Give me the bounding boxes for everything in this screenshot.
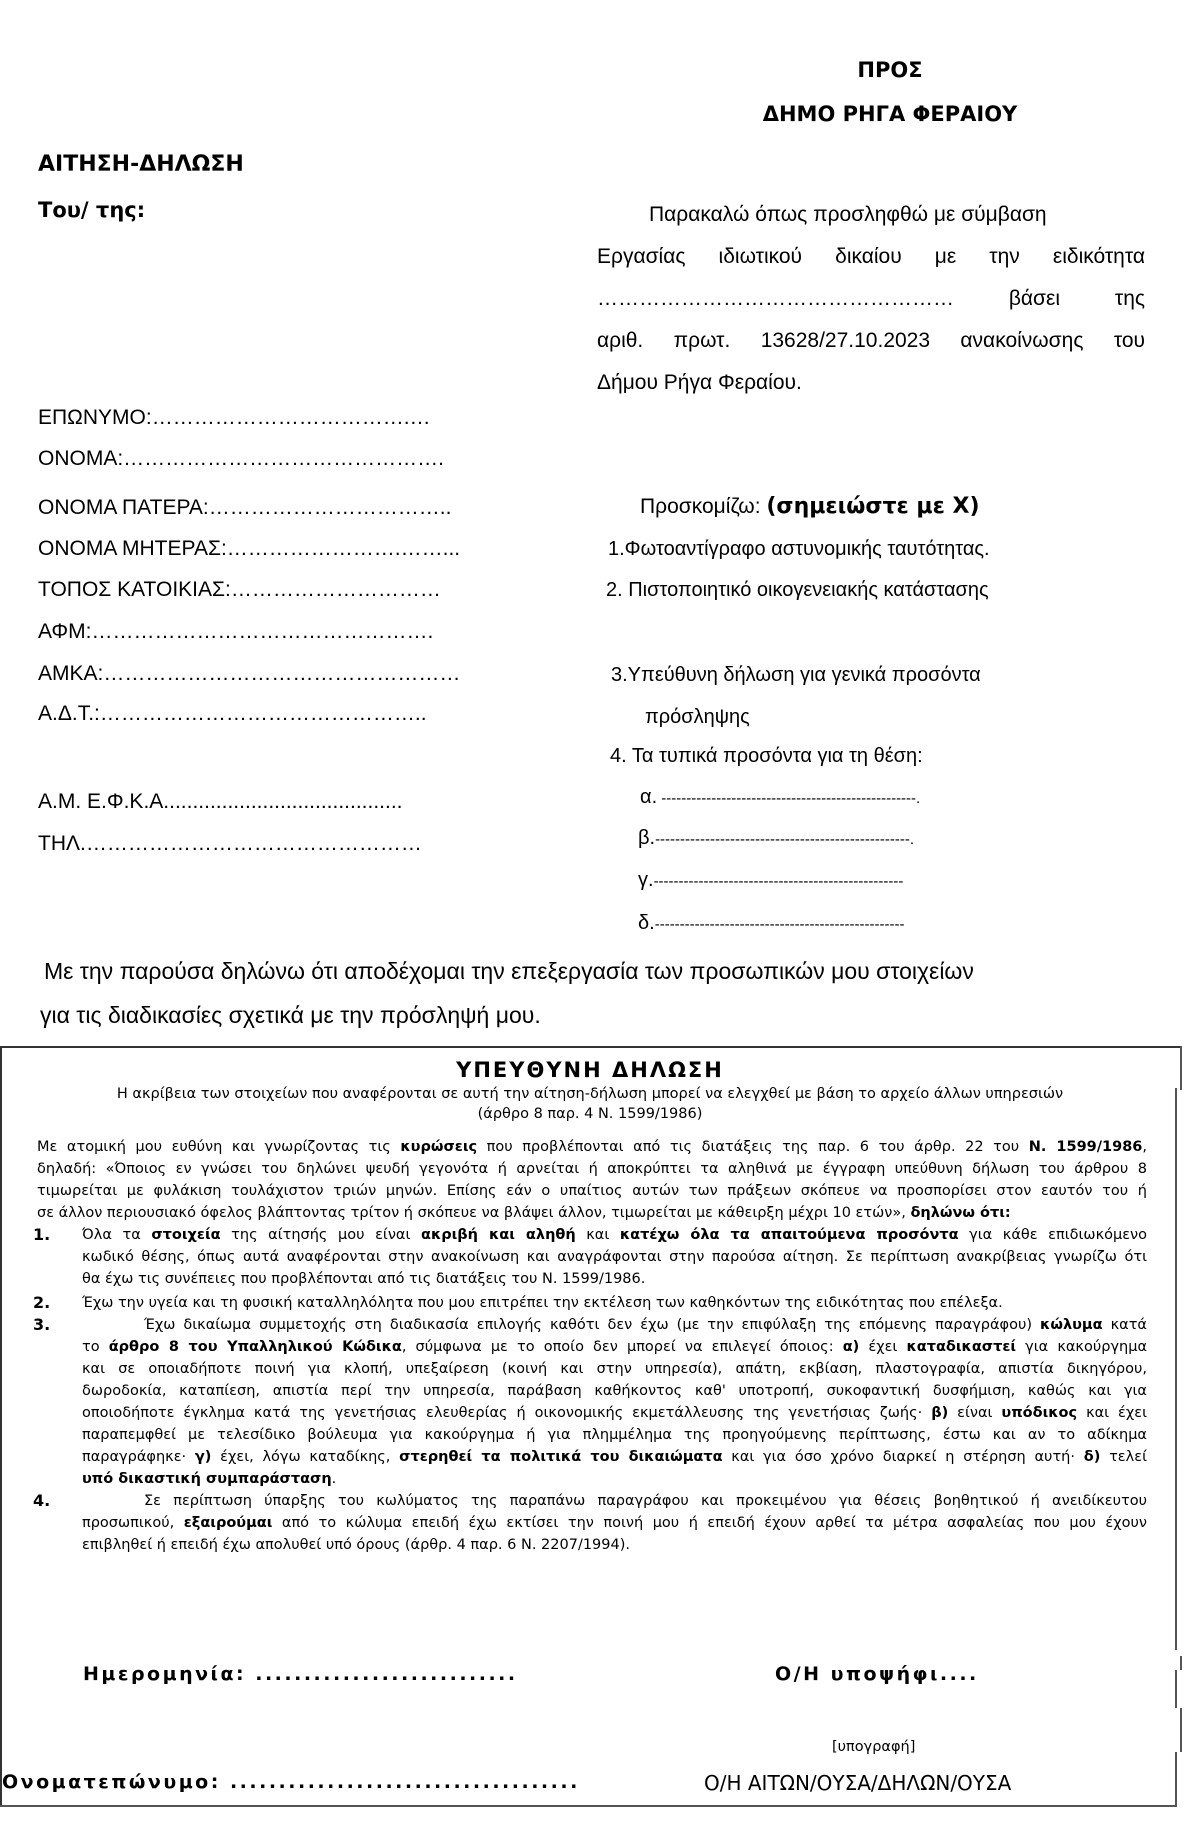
body-text: έχει [859,1339,906,1355]
declaration-line: δηλαδή: «Όποιος εν γνώσει του δηλώνει ψε… [37,1158,1147,1180]
emphasis-text: άρθρο 8 του Υπαλληλικού Κώδικα [109,1339,402,1355]
request-paragraph: Παρακαλώ όπως προσληφθώ με σύμβαση Εργασ… [597,194,1145,404]
field-label: ΑΦΜ: [38,620,91,643]
declaration-body: Με ατομική μου ευθύνη και γνωρίζοντας τι… [37,1136,1147,1556]
body-text: . [332,1471,337,1487]
body-text: δηλαδή: «Όποιος εν γνώσει του δηλώνει ψε… [37,1161,1147,1177]
declaration-line: Όλα τα στοιχεία της αίτησής μου είναι ακ… [82,1224,1147,1246]
request-line: αριθ. πρωτ. 13628/27.10.2023 ανακοίνωσης… [597,320,1145,362]
declaration-item: 2.Έχω την υγεία και τη φυσική καταλληλόλ… [0,1292,1147,1314]
field-value[interactable]: ........................................… [163,790,402,813]
field-label: ΟΝΟΜΑ ΜΗΤΕΡΑΣ: [38,537,227,560]
qualification-item[interactable]: γ.--------------------------------------… [638,869,903,892]
body-text: και [576,1227,620,1243]
attachment-item-3[interactable]: 3.Υπεύθυνη δήλωση για γενικά προσόντα [611,664,981,687]
declaration-line: παραπεμφθεί με τελεσίδικο βούλευμα για κ… [82,1424,1147,1446]
qualification-item[interactable]: β.--------------------------------------… [638,827,914,850]
emphasis-text: δηλώνω ότι: [910,1205,1010,1221]
body-text: δωροδοκία, καταπίεση, απιστία περί την υ… [82,1383,1147,1399]
declaration-line: προσωπικού, εξαιρούμαι από το κώλυμα επε… [82,1512,1147,1534]
qualification-label: δ. [638,912,655,934]
fullname-label: Ονοματεπώνυμο: [2,1771,221,1793]
emphasis-text: κυρώσεις [400,1139,477,1155]
fullname-value[interactable]: .................................... [221,1771,580,1793]
candidate-label: Ο/Η υποψήφι.... [775,1663,979,1685]
form-title: ΑΙΤΗΣΗ-ΔΗΛΩΣΗ [38,152,244,177]
item-number: 2. [33,1292,50,1314]
emphasis-text: καταδικαστεί [906,1339,1016,1355]
body-text: κωδικό θέσης, όπως αυτά αναφέρονται στην… [82,1249,1147,1265]
declaration-law-ref: (άρθρο 8 παρ. 4 Ν. 1599/1986) [0,1106,1180,1122]
field-label: Α.Δ.Τ.: [38,702,100,725]
declaration-item: 4.Σε περίπτωση ύπαρξης του κωλύματος της… [0,1490,1147,1556]
field-value[interactable]: ……………………………………….. [100,702,427,725]
attachment-item-2[interactable]: 2. Πιστοποιητικό οικογενειακής κατάσταση… [606,579,989,602]
body-text: και έχει [1077,1405,1147,1421]
declaration-line: τιμωρείται με φυλάκιση τουλάχιστον τριών… [37,1180,1147,1202]
emphasis-text: β) [931,1405,948,1421]
emphasis-text: Ν. 1599/1986 [1029,1139,1143,1155]
item-number: 3. [33,1314,50,1336]
emphasis-text: α) [843,1339,860,1355]
request-line: Δήμου Ρήγα Φεραίου. [597,362,1145,404]
qualification-item[interactable]: α. -------------------------------------… [640,786,920,809]
body-text: , [1142,1139,1147,1155]
field-value[interactable]: …………………………………………. [91,620,433,643]
body-text: και σε οποιαδήποτε ποινή για κλοπή, υπεξ… [82,1361,1147,1377]
declaration-line: κωδικό θέσης, όπως αυτά αναφέρονται στην… [82,1246,1147,1268]
date-field[interactable]: Ημερομηνία: ........................... [83,1663,518,1685]
body-text: παραπεμφθεί με τελεσίδικο βούλευμα για κ… [82,1427,1147,1443]
emphasis-text: εξαιρούμαι [184,1515,273,1531]
field-label: ΤΗΛ. [38,832,86,855]
field-label: ΑΜΚΑ: [38,662,103,685]
body-text: για κάθε επιδιωκόμενο [959,1227,1147,1243]
emphasis-text: δ) [1084,1449,1101,1465]
field-value[interactable]: ……………………………….… [152,406,431,429]
body-text: Έχω δικαίωμα συμμετοχής στη διαδικασία ε… [144,1317,1040,1333]
body-text: επιβληθεί ή επειδή έχω απολυθεί υπό όρου… [82,1537,630,1553]
body-text: Με ατομική μου ευθύνη και γνωρίζοντας τι… [37,1139,400,1155]
item-number: 1. [33,1224,50,1246]
body-text: της αίτησής μου είναι [221,1227,421,1243]
qualification-value[interactable]: ----------------------------------------… [655,916,905,933]
field-row[interactable]: Α.Μ. Ε.Φ.Κ.Α............................… [38,790,403,814]
declaration-line: δωροδοκία, καταπίεση, απιστία περί την υ… [82,1380,1147,1402]
field-row[interactable]: ΟΝΟΜΑ:………………………………………. [38,447,444,471]
body-text: Έχω την υγεία και τη φυσική καταλληλόλητ… [82,1295,1003,1311]
emphasis-text: στοιχεία [151,1227,220,1243]
declaration-box-border [1180,1708,1182,1752]
request-line: Παρακαλώ όπως προσληφθώ με σύμβαση [597,194,1145,236]
declaration-title: ΥΠΕΥΘΥΝΗ ΔΗΛΩΣΗ [0,1058,1180,1082]
date-value[interactable]: ........................... [246,1663,518,1685]
applicant-role: Ο/Η ΑΙΤΩΝ/ΟΥΣΑ/ΔΗΛΩΝ/ΟΥΣΑ [704,1771,1011,1795]
qualification-label: β. [638,827,655,849]
body-text: τιμωρείται με φυλάκιση τουλάχιστον τριών… [37,1183,1147,1199]
field-row[interactable]: Α.Δ.Τ.:……………………………………….. [38,702,427,726]
item-number: 4. [33,1490,50,1512]
body-text: που προβλέπονται από τις διατάξεις της π… [477,1139,1029,1155]
field-label: ΟΝΟΜΑ: [38,447,123,470]
declaration-line: το άρθρο 8 του Υπαλληλικού Κώδικα, σύμφω… [82,1336,1147,1358]
body-text: κατά [1103,1317,1147,1333]
attachments-intro-label: Προσκομίζω: [640,495,761,518]
body-text: θα έχω τις συνέπειες που προβλέπονται απ… [82,1271,645,1287]
declaration-box-border [1175,1670,1177,1708]
declaration-item: 3.Έχω δικαίωμα συμμετοχής στη διαδικασία… [0,1314,1147,1490]
qualification-value[interactable]: ----------------------------------------… [657,790,920,807]
field-label: ΟΝΟΜΑ ΠΑΤΕΡΑ: [38,496,209,519]
attachment-item-1[interactable]: 1.Φωτοαντίγραφο αστυνομικής ταυτότητας. [608,538,990,561]
applicant-label: Του/ της: [38,198,145,222]
consent-line-2: για τις διαδικασίες σχετικά με την πρόσλ… [40,1002,541,1029]
emphasis-text: ακριβή και αληθή [421,1227,576,1243]
body-text: τελεί [1100,1449,1147,1465]
declaration-line: Με ατομική μου ευθύνη και γνωρίζοντας τι… [37,1136,1147,1158]
body-text: παραγράφηκε· [82,1449,195,1465]
emphasis-text: υπό δικαστική συμπαράσταση [82,1471,332,1487]
body-text: το [82,1339,109,1355]
body-text: από το κώλυμα επειδή έχω εκτίσει την ποι… [272,1515,1147,1531]
emphasis-text: υπόδικος [1001,1405,1077,1421]
declaration-box-border [0,1805,1176,1807]
emphasis-text: κώλυμα [1040,1317,1103,1333]
field-row[interactable]: ΤΟΠΟΣ ΚΑΤΟΙΚΙΑΣ:………………………… [38,578,441,602]
body-text: προσωπικού, [82,1515,184,1531]
qualification-item[interactable]: δ.--------------------------------------… [638,912,904,935]
field-value[interactable]: …………………………………………… [103,662,460,685]
declaration-line: σε άλλον περιουσιακό όφελος βλάπτοντας τ… [37,1202,1147,1224]
qualification-value[interactable]: ----------------------------------------… [655,831,914,848]
body-text: οποιοδήποτε έγκλημα κατά της γενετήσιας … [82,1405,931,1421]
field-value[interactable]: …………………………….. [209,496,452,519]
field-row[interactable]: ΟΝΟΜΑ ΜΗΤΕΡΑΣ:…………………….……... [38,537,460,561]
recipient-title: ΔΗΜΟ ΡΗΓΑ ΦΕΡΑΙΟΥ [690,102,1090,126]
declaration-box-border [1180,1656,1182,1670]
field-label: Α.Μ. Ε.Φ.Κ.Α [38,790,163,813]
body-text: έχει, λόγω καταδίκης, [211,1449,399,1465]
field-row[interactable]: ΑΜΚΑ:…………………………………………… [38,662,460,686]
declaration-line: παραγράφηκε· γ) έχει, λόγω καταδίκης, στ… [82,1446,1147,1468]
field-value[interactable]: ………………………………………. [123,447,444,470]
date-label: Ημερομηνία: [83,1663,246,1685]
field-value[interactable]: ………………………… [231,578,441,601]
declaration-line: επιβληθεί ή επειδή έχω απολυθεί υπό όρου… [82,1534,1147,1556]
signature-hint[interactable]: [υπογραφή] [832,1739,915,1755]
attachment-item-3-cont: πρόσληψης [645,706,750,729]
attachments-intro: Προσκομίζω: (σημειώστε με Χ) [640,494,980,519]
field-row[interactable]: ΕΠΩΝΥΜΟ:……………………………….… [38,406,431,430]
declaration-line: και σε οποιαδήποτε ποινή για κλοπή, υπεξ… [82,1358,1147,1380]
declaration-subtitle: Η ακρίβεια των στοιχείων που αναφέρονται… [0,1086,1180,1102]
field-row[interactable]: ΟΝΟΜΑ ΠΑΤΕΡΑ:…………………………….. [38,496,451,520]
emphasis-text: κατέχω όλα τα απαιτούμενα προσόντα [620,1227,959,1243]
declaration-line: υπό δικαστική συμπαράσταση. [82,1468,1147,1490]
body-text: Σε περίπτωση ύπαρξης του κωλύματος της π… [144,1493,1147,1509]
declaration-box-border [1175,1752,1177,1807]
fullname-field[interactable]: Ονοματεπώνυμο: .........................… [2,1771,580,1793]
body-text: σε άλλον περιουσιακό όφελος βλάπτοντας τ… [37,1205,910,1221]
attachment-item-4[interactable]: 4. Τα τυπικά προσόντα για τη θέση: [610,745,923,768]
declaration-line: Έχω δικαίωμα συμμετοχής στη διαδικασία ε… [82,1314,1147,1336]
field-label: ΕΠΩΝΥΜΟ: [38,406,152,429]
field-value[interactable]: ………………………………………… [86,832,422,855]
declaration-line: οποιοδήποτε έγκλημα κατά της γενετήσιας … [82,1402,1147,1424]
emphasis-text: στερηθεί τα πολιτικά του δικαιώματα [399,1449,722,1465]
declaration-line: Σε περίπτωση ύπαρξης του κωλύματος της π… [82,1490,1147,1512]
qualification-label: α. [640,786,657,808]
declaration-box-border [0,1046,1181,1048]
body-text: , σύμφωνα με το οποίο δεν μπορεί να επιλ… [402,1339,843,1355]
declaration-line: Έχω την υγεία και τη φυσική καταλληλόλητ… [82,1292,1147,1314]
declaration-box-border [1180,1046,1182,1090]
body-text: για κακούργημα [1016,1339,1147,1355]
body-text: Όλα τα [82,1227,151,1243]
attachments-instruction: (σημειώστε με Χ) [766,494,979,519]
field-value[interactable]: …………………….……... [227,537,460,560]
field-row[interactable]: ΤΗΛ.………………………………………… [38,832,422,856]
to-label: ΠΡΟΣ [690,58,1090,82]
qualification-value[interactable]: ----------------------------------------… [654,873,904,890]
consent-line-1: Με την παρούσα δηλώνω ότι αποδέχομαι την… [44,958,974,985]
body-text: και για όσο χρόνο διαρκεί η στέρηση αυτή… [723,1449,1084,1465]
specialty-field[interactable]: …………………………………………… βάσει της [597,278,1145,320]
declaration-line: θα έχω τις συνέπειες που προβλέπονται απ… [82,1268,1147,1290]
declaration-item: 1.Όλα τα στοιχεία της αίτησής μου είναι … [0,1224,1147,1290]
body-text: είναι [948,1405,1001,1421]
declaration-box-border [1175,1088,1177,1650]
field-row[interactable]: ΑΦΜ:…………………………………………. [38,620,433,644]
emphasis-text: γ) [195,1449,212,1465]
qualification-label: γ. [638,869,654,891]
request-line: Εργασίας ιδιωτικού δικαίου με την ειδικό… [597,236,1145,278]
field-label: ΤΟΠΟΣ ΚΑΤΟΙΚΙΑΣ: [38,578,231,601]
